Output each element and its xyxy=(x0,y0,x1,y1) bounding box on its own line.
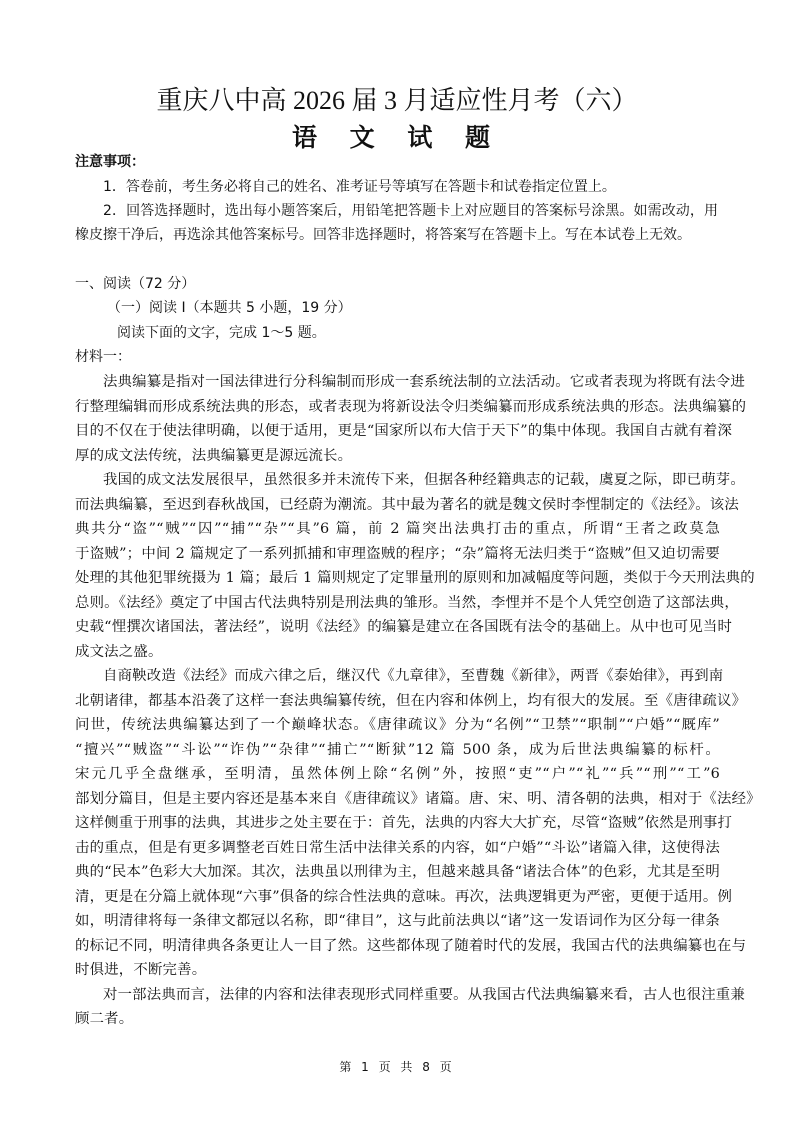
passage-line: 而法典编纂，至迟到春秋战国，已经蔚为潮流。其中最为著名的就是魏文侯时李悝制定的《… xyxy=(75,493,720,514)
passage-line: 总则。《法经》奠定了中国古代法典特别是刑法典的雏形。当然，李悝并不是个人凭空创造… xyxy=(75,591,720,612)
sub-section-heading: （一）阅读 I（本题共 5 小题，19 分） xyxy=(107,297,352,317)
passage-line: “擅兴”“贼盗”“斗讼”“诈伪”“杂律”“捕亡”“断狱”12 篇 500 条，成… xyxy=(75,738,720,759)
passage-line: 对一部法典而言，法律的内容和法律表现形式同样重要。从我国古代法典编纂来看，古人也… xyxy=(103,983,720,1004)
notice-item-1: 1．答卷前，考生务必将自己的姓名、准考证号等填写在答题卡和试卷指定位置上。 xyxy=(103,176,616,196)
passage-line: 清，更是在分篇上就体现“六事”俱备的综合性法典的意味。再次，法典逻辑更为严密，更… xyxy=(75,885,720,906)
page-number: 第 1 页 共 8 页 xyxy=(0,1058,794,1075)
notice-item-2-cont: 橡皮擦干净后，再选涂其他答案标号。回答非选择题时，将答案写在答题卡上。写在本试卷… xyxy=(75,224,691,244)
material-label: 材料一： xyxy=(75,346,131,366)
notice-item-2: 2．回答选择题时，选出每小题答案后，用铅笔把答题卡上对应题目的答案标号涂黑。如需… xyxy=(103,200,718,220)
passage-line: 北朝诸律，都基本沿袭了这样一套法典编纂传统，但在内容和体例上，均有很大的发展。至… xyxy=(75,689,720,710)
passage-line: 问世，传统法典编纂达到了一个巅峰状态。《唐律疏议》分为“名例”“卫禁”“职制”“… xyxy=(75,713,720,734)
exam-subject-title: 语 文 试 题 xyxy=(0,118,794,154)
passage-line: 成文法之盛。 xyxy=(75,640,720,661)
instruction-text: 阅读下面的文字，完成 1～5 题。 xyxy=(117,322,326,342)
passage-line: 典的“民本”色彩大大加深。其次，法典虽以刑律为主，但越来越具备“诸法合体”的色彩… xyxy=(75,860,720,881)
passage-line: 目的不仅在于使法律明确，以便于适用，更是“国家所以布大信于天下”的集中体现。我国… xyxy=(75,419,720,440)
passage-line: 我国的成文法发展很早，虽然很多并未流传下来，但据各种经籍典志的记载，虞夏之际，即… xyxy=(103,468,720,489)
passage-line: 厚的成文法传统，法典编纂更是源远流长。 xyxy=(75,444,720,465)
passage-line: 自商鞅改造《法经》而成六律之后，继汉代《九章律》，至曹魏《新律》，两晋《泰始律》… xyxy=(103,664,720,685)
passage-line: 法典编纂是指对一国法律进行分科编制而形成一套系统法制的立法活动。它或者表现为将既… xyxy=(103,370,720,391)
section-heading: 一、阅读（72 分） xyxy=(75,273,195,293)
passage-line: 处理的其他犯罪统摄为 1 篇；最后 1 篇则规定了定罪量刑的原则和加减幅度等问题… xyxy=(75,566,720,587)
notice-heading: 注意事项： xyxy=(75,151,145,171)
passage-line: 史载“悝撰次诸国法，著法经”，说明《法经》的编纂是建立在各国既有法令的基础上。从… xyxy=(75,615,720,636)
passage-line: 行整理编辑而形成系统法典的形态，或者表现为将新设法令归类编纂而形成系统法典的形态… xyxy=(75,395,720,416)
passage-line: 部划分篇目，但是主要内容还是基本来自《唐律疏议》诸篇。唐、宋、明、清各朝的法典，… xyxy=(75,787,720,808)
passage-line: 于盗贼”；中间 2 篇规定了一系列抓捕和审理盗贼的程序；“杂”篇将无法归类于“盗… xyxy=(75,542,720,563)
passage-line: 典共分“盗”“贼”“囚”“捕”“杂”“具”6 篇，前 2 篇突出法典打击的重点，… xyxy=(75,517,720,538)
passage-line: 时俱进，不断完善。 xyxy=(75,958,720,979)
passage-line: 这样侧重于刑事的法典，其进步之处主要在于：首先，法典的内容大大扩充，尽管“盗贼”… xyxy=(75,811,720,832)
passage-line: 的标记不同，明清律典各条更让人一目了然。这些都体现了随着时代的发展，我国古代的法… xyxy=(75,934,720,955)
exam-title: 重庆八中高 2026 届 3 月适应性月考（六） xyxy=(0,80,794,117)
passage-line: 击的重点，但是有更多调整老百姓日常生活中法律关系的内容，如“户婚”“斗讼”诸篇入… xyxy=(75,836,720,857)
passage-line: 如，明清律将每一条律文都冠以名称，即“律目”，这与此前法典以“诸”这一发语词作为… xyxy=(75,909,720,930)
passage-line: 宋元几乎全盘继承，至明清，虽然体例上除“名例”外，按照“吏”“户”“礼”“兵”“… xyxy=(75,762,720,783)
passage-line: 顾二者。 xyxy=(75,1007,720,1028)
